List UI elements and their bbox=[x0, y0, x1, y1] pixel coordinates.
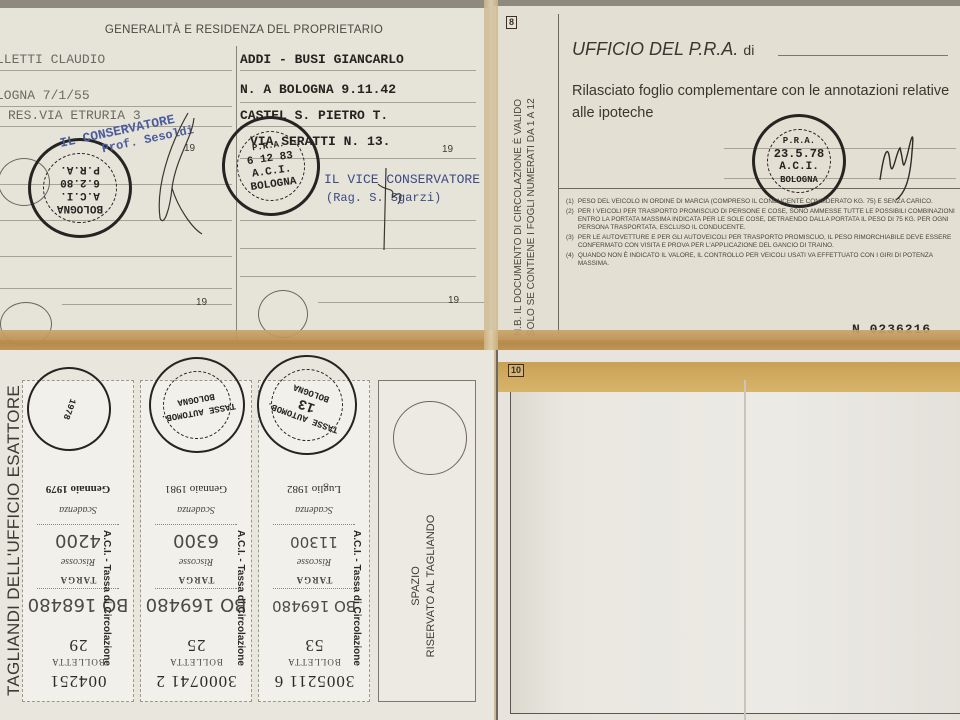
owner-right-line-2: N. A BOLOGNA 9.11.42 bbox=[240, 82, 396, 97]
fold-crease bbox=[744, 380, 746, 720]
office-title: UFFICIO DEL P.R.A. di bbox=[572, 39, 754, 60]
owner-left-line-2: LOGNA 7/1/55 bbox=[0, 88, 90, 103]
ipoteche-note: Rilasciato foglio complementare con le a… bbox=[572, 80, 960, 124]
owner-right-line-1: ADDI - BUSI GIANCARLO bbox=[240, 52, 404, 67]
footnote: (2)PER I VEICOLI PER TRASPORTO PROMISCUO… bbox=[566, 208, 960, 232]
tax-stubs-section: TAGLIANDI DELL'UFFICIO ESATTORE 004251 B… bbox=[0, 350, 494, 720]
signature-icon bbox=[148, 108, 208, 238]
validity-note: N.B. IL DOCUMENTO DI CIRCOLAZIONE È VALI… bbox=[512, 98, 538, 336]
year-prefix: 19 bbox=[196, 297, 207, 308]
owner-left-line-1: LLETTI CLAUDIO bbox=[0, 52, 105, 67]
stamp-circle bbox=[393, 401, 467, 475]
tagliandi-label: TAGLIANDI DELL'UFFICIO ESATTORE bbox=[4, 385, 24, 696]
footnote: (1)PESO DEL VEICOLO IN ORDINE DI MARCIA … bbox=[566, 198, 960, 206]
owner-section-header: GENERALITÀ E RESIDENZA DEL PROPRIETARIO bbox=[0, 24, 488, 36]
panel-8: 8 N.B. IL DOCUMENTO DI CIRCOLAZIONE È VA… bbox=[492, 6, 960, 340]
footnotes: (1)PESO DEL VEICOLO IN ORDINE DI MARCIA … bbox=[566, 198, 960, 270]
page-badge: 10 bbox=[508, 364, 524, 377]
reserved-stub-space: SPAZIO RISERVATO AL TAGLIANDO bbox=[378, 380, 476, 702]
blank-area bbox=[510, 392, 960, 714]
reserved-space-label: SPAZIO RISERVATO AL TAGLIANDO bbox=[409, 501, 439, 671]
signature-icon bbox=[874, 122, 924, 202]
owner-section: GENERALITÀ E RESIDENZA DEL PROPRIETARIO … bbox=[0, 8, 488, 340]
tax-stub: 004251 BOLLETTA 29 BO 168480 TARGA Risco… bbox=[22, 380, 134, 702]
page-badge: 8 bbox=[506, 16, 517, 29]
owner-left-line-3: RES.VIA ETRURIA 3 bbox=[8, 108, 141, 123]
signature-icon bbox=[372, 164, 412, 254]
footnote: (3)PER LE AUTOVETTURE E PER GLI AUTOVEIC… bbox=[566, 234, 960, 250]
footnote: (4)QUANDO NON È INDICATO IL VALORE, IL C… bbox=[566, 252, 960, 268]
issuer-label: A.C.I. - Tassa di Circolazione bbox=[235, 530, 246, 666]
pra-stamp-1978: P.R.A. 23.5.78 A.C.I. BOLOGNA bbox=[752, 114, 846, 208]
issuer-label: A.C.I. - Tassa di Circolazione bbox=[351, 530, 362, 666]
panel-10: 10 bbox=[496, 350, 960, 720]
year-prefix: 19 bbox=[448, 295, 459, 306]
issuer-label: A.C.I. - Tassa di Circolazione bbox=[101, 530, 112, 666]
year-prefix: 19 bbox=[442, 144, 453, 155]
